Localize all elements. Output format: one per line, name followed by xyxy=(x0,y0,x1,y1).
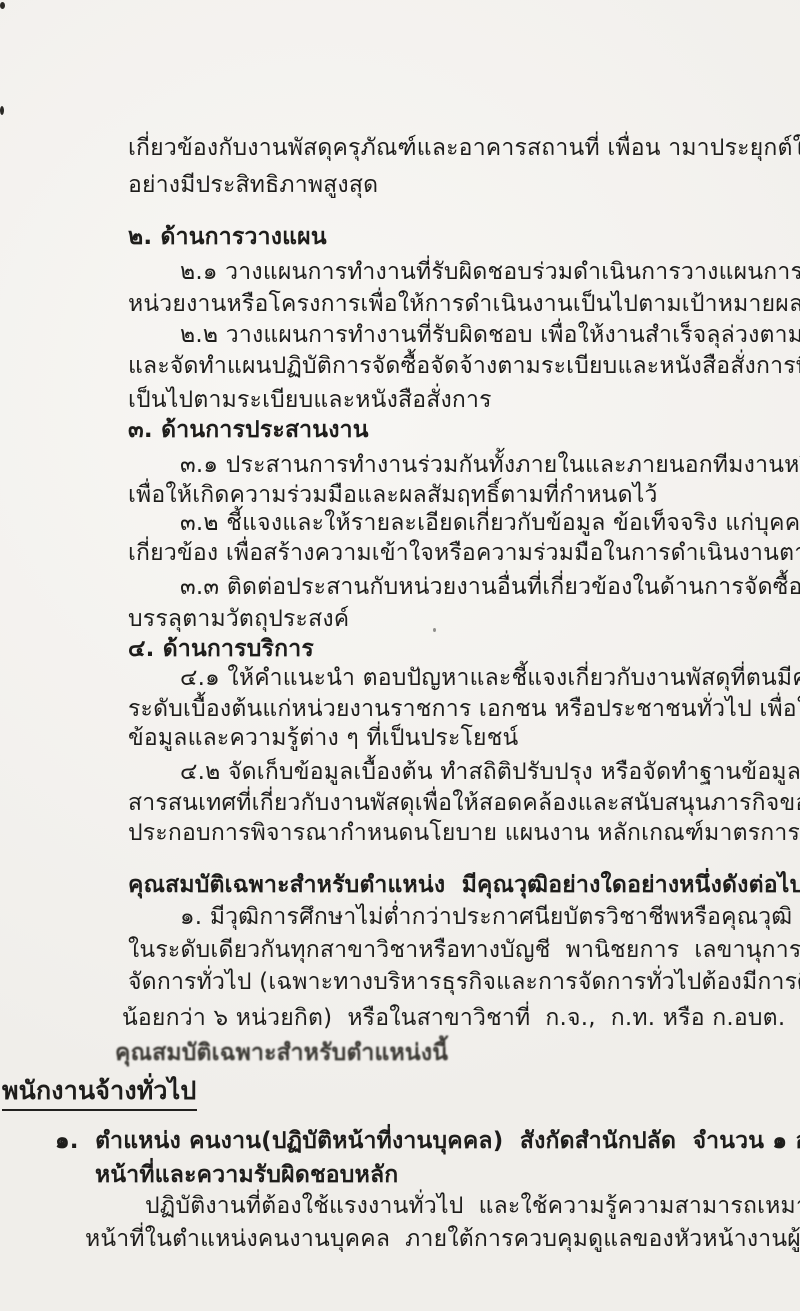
text-line: น้อยกว่า ๖ หน่วยกิต) หรือในสาขาวิชาที่ ก… xyxy=(122,1003,800,1033)
text-line: ๓.๒ ชี้แจงและให้รายละเอียดเกี่ยวกับข้อมู… xyxy=(180,508,800,538)
text-line: หน่วยงานหรือโครงการเพื่อให้การดำเนินงานเ… xyxy=(128,289,800,319)
text-line: อย่างมีประสิทธิภาพสูงสุด xyxy=(128,170,378,200)
section-heading-coordination: ๓. ด้านการประสานงาน xyxy=(128,415,369,445)
text-line: เป็นไปตามระเบียบและหนังสือสั่งการ xyxy=(128,385,492,415)
text-line: ปฏิบัติงานที่ต้องใช้แรงงานทั่วไป และใช้ค… xyxy=(145,1191,800,1221)
scan-speck xyxy=(0,2,5,9)
scan-speck xyxy=(0,106,4,115)
text-line: ๑. มีวุฒิการศึกษาไม่ต่ำกว่าประกาศนียบัตร… xyxy=(180,902,800,932)
section-heading-planning: ๒. ด้านการวางแผน xyxy=(128,222,327,252)
text-line: หน้าที่ในตำแหน่งคนงานบุคคล ภายใต้การควบค… xyxy=(85,1224,800,1254)
text-line: ๓.๓ ติดต่อประสานกับหน่วยงานอื่นที่เกี่ยว… xyxy=(180,572,800,602)
text-line: สารสนเทศที่เกี่ยวกับงานพัสดุเพื่อให้สอดค… xyxy=(128,788,800,818)
text-line: ๓.๑ ประสานการทำงานร่วมกันทั้งภายในและภาย… xyxy=(180,450,800,480)
text-line: เกี่ยวข้อง เพื่อสร้างความเข้าใจหรือความร… xyxy=(128,538,800,568)
text-line: เพื่อให้เกิดความร่วมมือและผลสัมฤทธิ์ตามท… xyxy=(128,480,658,510)
text-line: ในระดับเดียวกันทุกสาขาวิชาหรือทางบัญชี พ… xyxy=(128,935,800,965)
text-line: ข้อมูลและความรู้ต่าง ๆ ที่เป็นประโยชน์ xyxy=(128,723,518,753)
text-line: ระดับเบื้องต้นแก่หน่วยงานราชการ เอกชน หร… xyxy=(128,694,800,724)
text-line: ประกอบการพิจารณากำหนดนโยบาย แผนงาน หลักเ… xyxy=(128,818,800,848)
text-line: จัดการทั่วไป (เฉพาะทางบริหารธุรกิจและการ… xyxy=(128,967,800,997)
text-line: บรรลุตามวัตถุประสงค์ xyxy=(128,604,349,634)
text-line: ๒.๑ วางแผนการทำงานที่รับผิดชอบร่วมดำเนิน… xyxy=(180,257,800,287)
scanned-document-page: { "page": { "paper_color": "#f4f2ee", "i… xyxy=(0,0,800,1311)
text-line: ๒.๒ วางแผนการทำงานที่รับผิดชอบ เพื่อให้ง… xyxy=(180,320,800,350)
text-line: ๔.๑ ให้คำแนะนำ ตอบปัญหาและชี้แจงเกี่ยวกั… xyxy=(180,663,800,693)
document-body: เกี่ยวข้องกับงานพัสดุครุภัณฑ์และอาคารสถา… xyxy=(0,0,800,1311)
section-heading-service: ๔. ด้านการบริการ xyxy=(128,634,314,664)
duties-heading: หน้าที่และความรับผิดชอบหลัก xyxy=(95,1160,398,1190)
text-line: ๔.๒ จัดเก็บข้อมูลเบื้องต้น ทำสถิติปรับปร… xyxy=(180,757,800,787)
text-line: เกี่ยวข้องกับงานพัสดุครุภัณฑ์และอาคารสถา… xyxy=(128,133,800,163)
text-line: และจัดทำแผนปฏิบัติการจัดซื้อจัดจ้างตามระ… xyxy=(128,351,800,381)
position-title-line: ๑. ตำแหน่ง คนงาน(ปฏิบัติหน้าที่งานบุคคล)… xyxy=(55,1126,800,1156)
scan-speck xyxy=(433,628,436,632)
section-heading-qualifications: คุณสมบัติเฉพาะสำหรับตำแหน่ง มีคุณวุฒิอย่… xyxy=(128,870,800,900)
section-heading-general-employees: พนักงานจ้างทั่วไป xyxy=(2,1076,197,1111)
text-line-faded: คุณสมบัติเฉพาะสำหรับตำแหน่งนี้ xyxy=(115,1038,448,1068)
